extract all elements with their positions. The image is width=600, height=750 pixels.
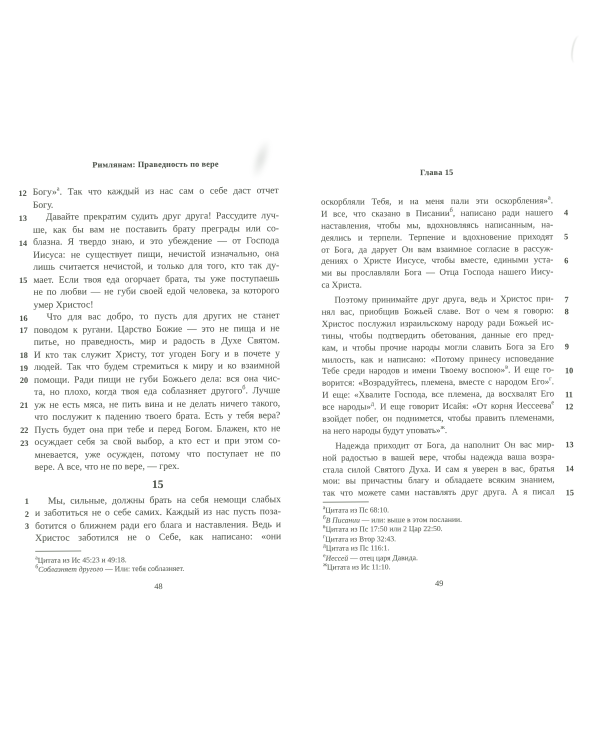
verse-number: 19: [12, 362, 28, 375]
footnote-marker: в: [505, 364, 508, 371]
verse-number: 13: [565, 439, 583, 451]
footnote: бСоблазняет другого — Или: тебя соблазня…: [35, 563, 281, 574]
text-line: са Христа.: [321, 279, 553, 292]
verse-number: 22: [12, 425, 28, 438]
footnote-marker: в: [323, 524, 326, 530]
footnote-marker: ж: [440, 424, 444, 431]
footnote-marker: а: [548, 194, 551, 201]
footnote-marker: ж: [323, 562, 327, 568]
verse-number: 6: [564, 255, 582, 267]
footnote-marker: е: [551, 399, 554, 406]
chapter-heading: 15: [35, 477, 281, 494]
right-page-text: оскорбляли Тебя, и на меня пали эти оско…: [321, 195, 555, 500]
footnote-marker: д: [371, 401, 374, 408]
page-edge-mark: [570, 35, 585, 63]
footnote-marker: г: [323, 534, 325, 540]
verse-number: 4: [564, 208, 582, 220]
verse-number: 13: [11, 212, 27, 225]
verse-number: 21: [12, 400, 28, 413]
verse-number: 2: [13, 508, 29, 521]
verse-number: 15: [11, 275, 27, 288]
verse-number: 10: [565, 365, 583, 377]
footnote-rule-left: [35, 550, 81, 551]
footnote-marker: б: [450, 207, 453, 214]
verse-number: 18: [12, 350, 28, 363]
running-head-right: Глава 15: [321, 167, 553, 178]
page-number-right: 49: [323, 578, 555, 588]
verse-number: 3: [13, 521, 29, 534]
right-footnotes: аЦитата из Пс 68:10.бВ Писании — или: вы…: [323, 505, 555, 573]
verse-number: 16: [12, 312, 28, 325]
verse-number: 7: [564, 294, 582, 306]
verse-number: 14: [566, 463, 584, 475]
verse-number: 5: [564, 231, 582, 243]
footnote: жЦитата из Ис 11:10.: [323, 562, 555, 573]
footnote-marker: б: [242, 384, 245, 391]
running-head-left: Римлянам: Праведность по вере: [33, 159, 279, 171]
footnote-marker: г: [549, 376, 552, 383]
verse-number: 17: [12, 325, 28, 338]
text-line: вере. А все, что не по вере, — грех.: [35, 460, 281, 474]
verse-number: 20: [12, 375, 28, 388]
footnote-marker: а: [57, 185, 60, 192]
text-line: на него народы будут уповать»ж.: [322, 424, 554, 437]
footnote-marker: а: [323, 505, 326, 511]
verse-number: 14: [11, 237, 27, 250]
verse-number: 11: [565, 389, 583, 401]
footnote-marker: а: [35, 555, 38, 561]
left-page-text: 12Богу»а. Так что каждый из нас сам о се…: [33, 185, 281, 545]
verse-number: 9: [565, 341, 583, 353]
verse-number: 1: [13, 496, 29, 509]
left-footnotes: аЦитата из Ис 45:23 и 49:18.бСоблазняет …: [35, 554, 281, 575]
verse-number: 23: [12, 437, 28, 450]
footnote-marker: д: [323, 543, 326, 549]
left-page: Римлянам: Праведность по вере 12Богу»а. …: [32, 157, 281, 592]
right-page: Глава 15 оскорбляли Тебя, и на меня пали…: [321, 165, 556, 588]
verse-number: 8: [565, 306, 583, 318]
verse-number: 12: [565, 401, 583, 413]
text-line: Христос заботился не о Себе, как написан…: [35, 531, 281, 545]
verse-number: 15: [566, 487, 584, 499]
verse-number: 12: [11, 187, 27, 200]
footnote-rule-right: [323, 502, 369, 503]
text-line: 15так что можете сами наставлять друг др…: [323, 487, 555, 500]
page-number-left: 48: [35, 581, 281, 592]
